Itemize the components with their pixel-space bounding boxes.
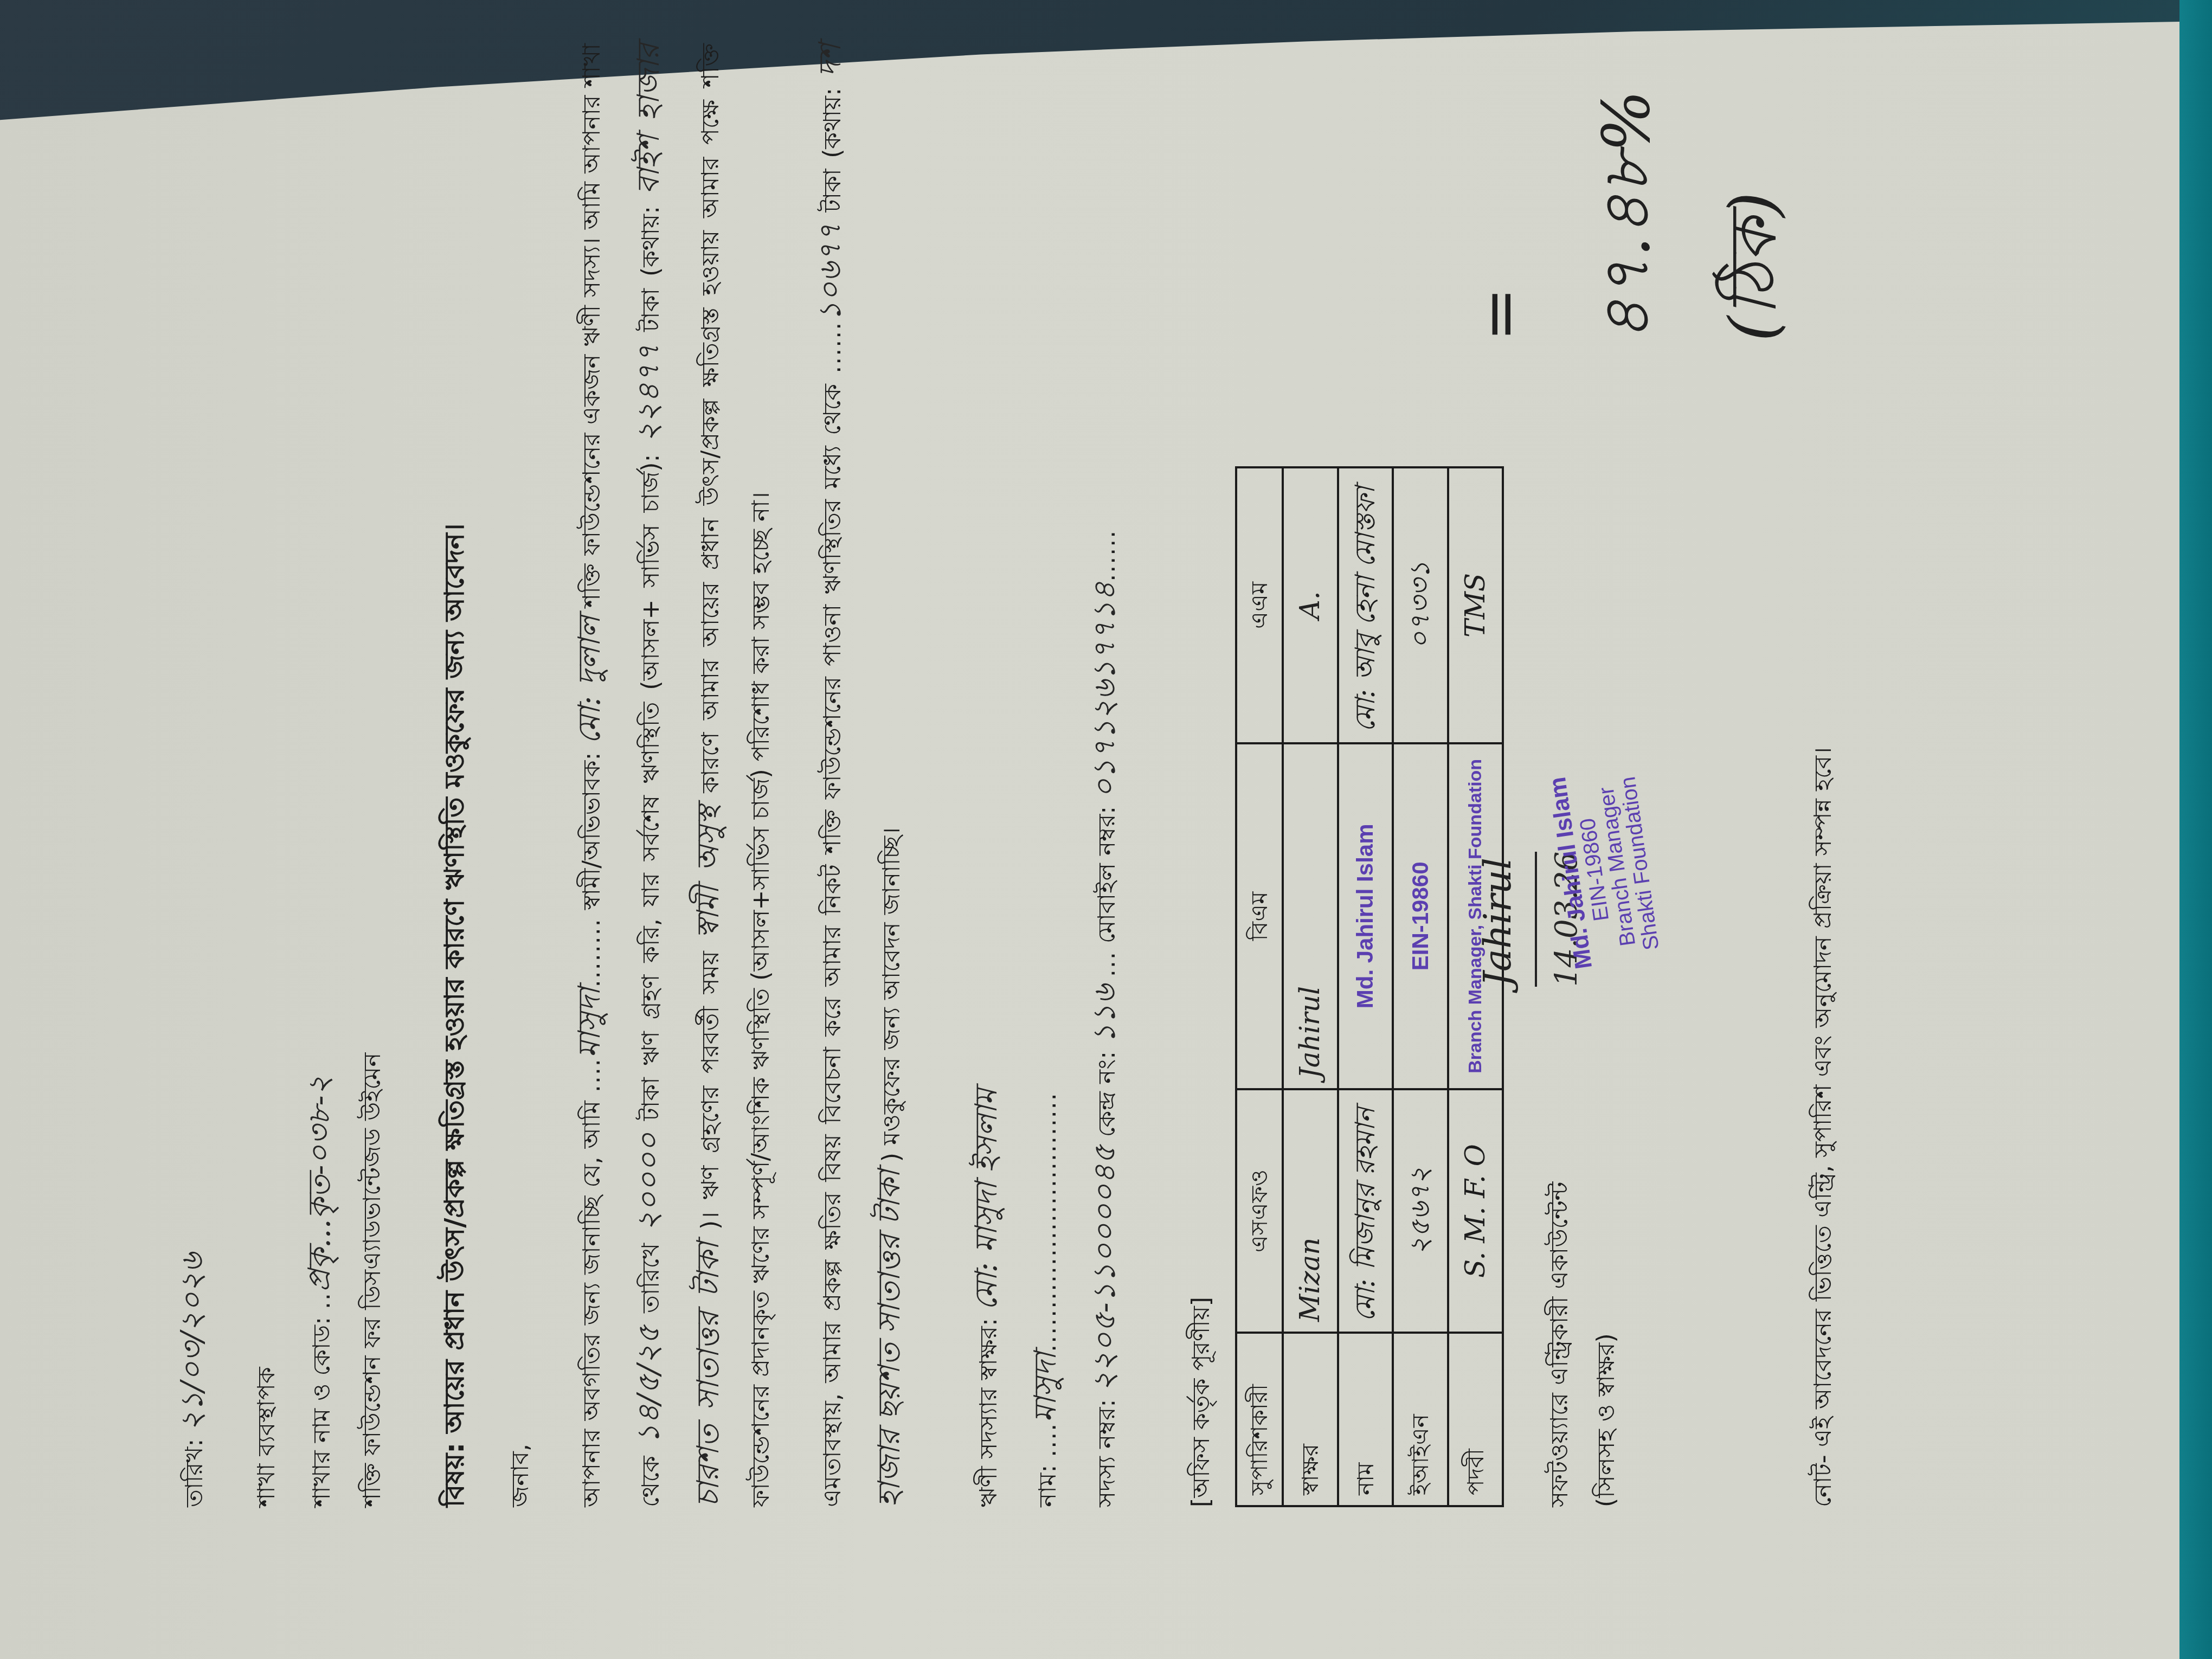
background-surface [2179,0,2212,1659]
text: টাকা ঋণ গ্রহণ করি, যার সর্বশেষ ঋণস্থিতি … [637,454,665,1121]
table-row: নাম মো: মিজানুর রহমান Md. Jahirul Islam … [1338,467,1393,1506]
member-details: ঋণী সদস্যার স্বাক্ষর: মো: মাসুদা ইসলাম ন… [957,43,1135,1507]
text: আপনার অবগতির জন্য জানাচ্ছি যে, আমি [578,1101,606,1507]
member-name-field: মাসুদা [572,987,607,1058]
text: তারিখে [637,1243,665,1313]
member-name-line: নাম: ....মাসুদা.........................… [1016,43,1075,1507]
text: )। ঋণ গ্রহণের পরবর্তী সময় [697,951,724,1230]
table-header: এএম [1236,467,1283,743]
sfo-signature: Mizan [1283,1089,1338,1333]
loan-amount-field: ২০০০০ [631,1133,666,1231]
member-signature-line: ঋণী সদস্যার স্বাক্ষর: মো: মাসুদা ইসলাম [957,43,1016,1507]
application-form: তারিখ: ২১/০৩/২০২৬ শাখা ব্যবস্থাপক শাখার … [163,43,1952,1507]
approval-table: সুপারিশকারী এসএফও বিএম এএম স্বাক্ষর Miza… [1235,466,1504,1507]
date-line: তারিখ: ২১/০৩/২০২৬ [163,43,222,1507]
addressee-title: শাখা ব্যবস্থাপক [243,43,290,1507]
table-header: এসএফও [1236,1089,1283,1333]
waiver-percentage-note: = ৪৭.৪৮% (ঠিক) [1437,43,1817,342]
guardian-field: মো: দুলাল [572,616,607,744]
table-header: সুপারিশকারী [1236,1333,1283,1506]
text: স্বামী/অভিভাবক: [578,753,606,910]
row-label: পদবী [1448,1333,1503,1506]
text: এমতাবস্থায়, আমার প্রকল্প ক্ষতির বিষয় ব… [819,384,846,1507]
balance-field: ২২৪৭৭ [631,344,666,442]
date-label: তারিখ: [181,1439,208,1507]
footer-note: নোট- এই আবেদনের ভিত্তিতে এন্ট্রি, সুপারি… [1800,747,1847,1507]
date-value: ২১/০৩/২০২৬ [175,1253,210,1431]
text: টাকা (কথায়: [637,206,665,332]
paragraph-waiver: এমতাবস্থায়, আমার প্রকল্প ক্ষতির বিষয় ব… [801,43,919,1507]
subject-line: বিষয়: আয়ের প্রধান উৎস/প্রকল্প ক্ষতিগ্র… [428,43,481,1507]
verifier-label: সফটওয়্যারে এন্ট্রিকারী একাউন্টেন্ট [1536,1182,1583,1507]
office-section-title: [অফিস কর্তৃক পূরণীয়] [1178,43,1225,1507]
am-name: মো: আবু হেনা মোস্তফা [1338,467,1393,743]
center-label: কেন্দ্র নং: [1093,1051,1121,1137]
bm-name-stamp: Md. Jahirul Islam [1338,743,1393,1090]
table-row: পদবী S. M. F. O Branch Manager, Shakti F… [1448,467,1503,1506]
branch-label: শাখার নাম ও কোড: [308,1317,336,1507]
row-label: স্বাক্ষর [1283,1333,1338,1506]
row-label: নাম [1338,1333,1393,1506]
text: ) মওকুফের জন্য আবেদন জানাচ্ছি। [878,827,905,1162]
member-no-value: ২২০৫-১১০০০০৪৫ [1087,1144,1122,1392]
sfo-ein: ২৫৬৭২ [1393,1089,1448,1333]
paragraph-request: আপনার অবগতির জন্য জানাচ্ছি যে, আমি ....ম… [560,43,784,1507]
organization-name: শক্তি ফাউন্ডেশন ফর ডিসএ্যাডভান্টেজড উইমে… [349,43,396,1507]
salutation: জনাব, [497,43,544,1507]
table-header: বিএম [1236,743,1283,1090]
text: টাকা (কথায়: [819,88,846,213]
sfo-designation: S. M. F. O [1448,1089,1503,1333]
waiver-amount-field: ১০৬৭৭ [813,223,848,321]
table-row: স্বাক্ষর Mizan Jahirul A. [1283,467,1338,1506]
bm-signature: Jahirul [1283,743,1338,1090]
signature-label: ঋণী সদস্যার স্বাক্ষর: [975,1318,1002,1507]
row-label: ইআইএন [1393,1333,1448,1506]
accountant-label: সফটওয়্যারে এন্ট্রিকারী একাউন্টেন্ট (সিল… [1536,1182,1630,1507]
branch-line: শাখার নাম ও কোড: ..প্রকৃ...কৃত-০৩৮-২ [290,43,349,1507]
am-ein: ০৭৩৩১ [1393,467,1448,743]
sfo-name: মো: মিজানুর রহমান [1338,1089,1393,1333]
addressee-block: শাখা ব্যবস্থাপক শাখার নাম ও কোড: ..প্রকৃ… [243,43,396,1507]
am-designation: TMS [1448,467,1503,743]
reason-field: স্বামী অসুস্থ [691,805,726,938]
mobile-label: মোবাইল নম্বর: [1093,806,1121,943]
center-value: ১১৬ [1087,985,1122,1044]
loan-date-field: ১৪/৫/২৫ [631,1325,666,1444]
mobile-value: ০১৭১২৬১৭৭১৪ [1087,582,1122,799]
table-header-row: সুপারিশকারী এসএফও বিএম এএম [1236,467,1283,1506]
table-row: ইআইএন ২৫৬৭২ EIN-19860 ০৭৩৩১ [1393,467,1448,1506]
am-signature: A. [1283,467,1338,743]
member-no-label: সদস্য নম্বর: [1093,1399,1121,1507]
branch-value: প্রকৃ...কৃত-০৩৮-২ [302,1076,337,1292]
member-number-line: সদস্য নম্বর: ২২০৫-১১০০০০৪৫ কেন্দ্র নং: ১… [1075,43,1134,1507]
name-label: নাম: [1034,1465,1062,1507]
member-signature: মো: মাসুদা ইসলাম [969,1089,1004,1311]
bm-ein-stamp: EIN-19860 [1393,743,1448,1090]
verifier-sub-label: (সিলসহ ও স্বাক্ষর) [1583,1182,1630,1507]
member-name-value: মাসুদা [1028,1352,1063,1423]
